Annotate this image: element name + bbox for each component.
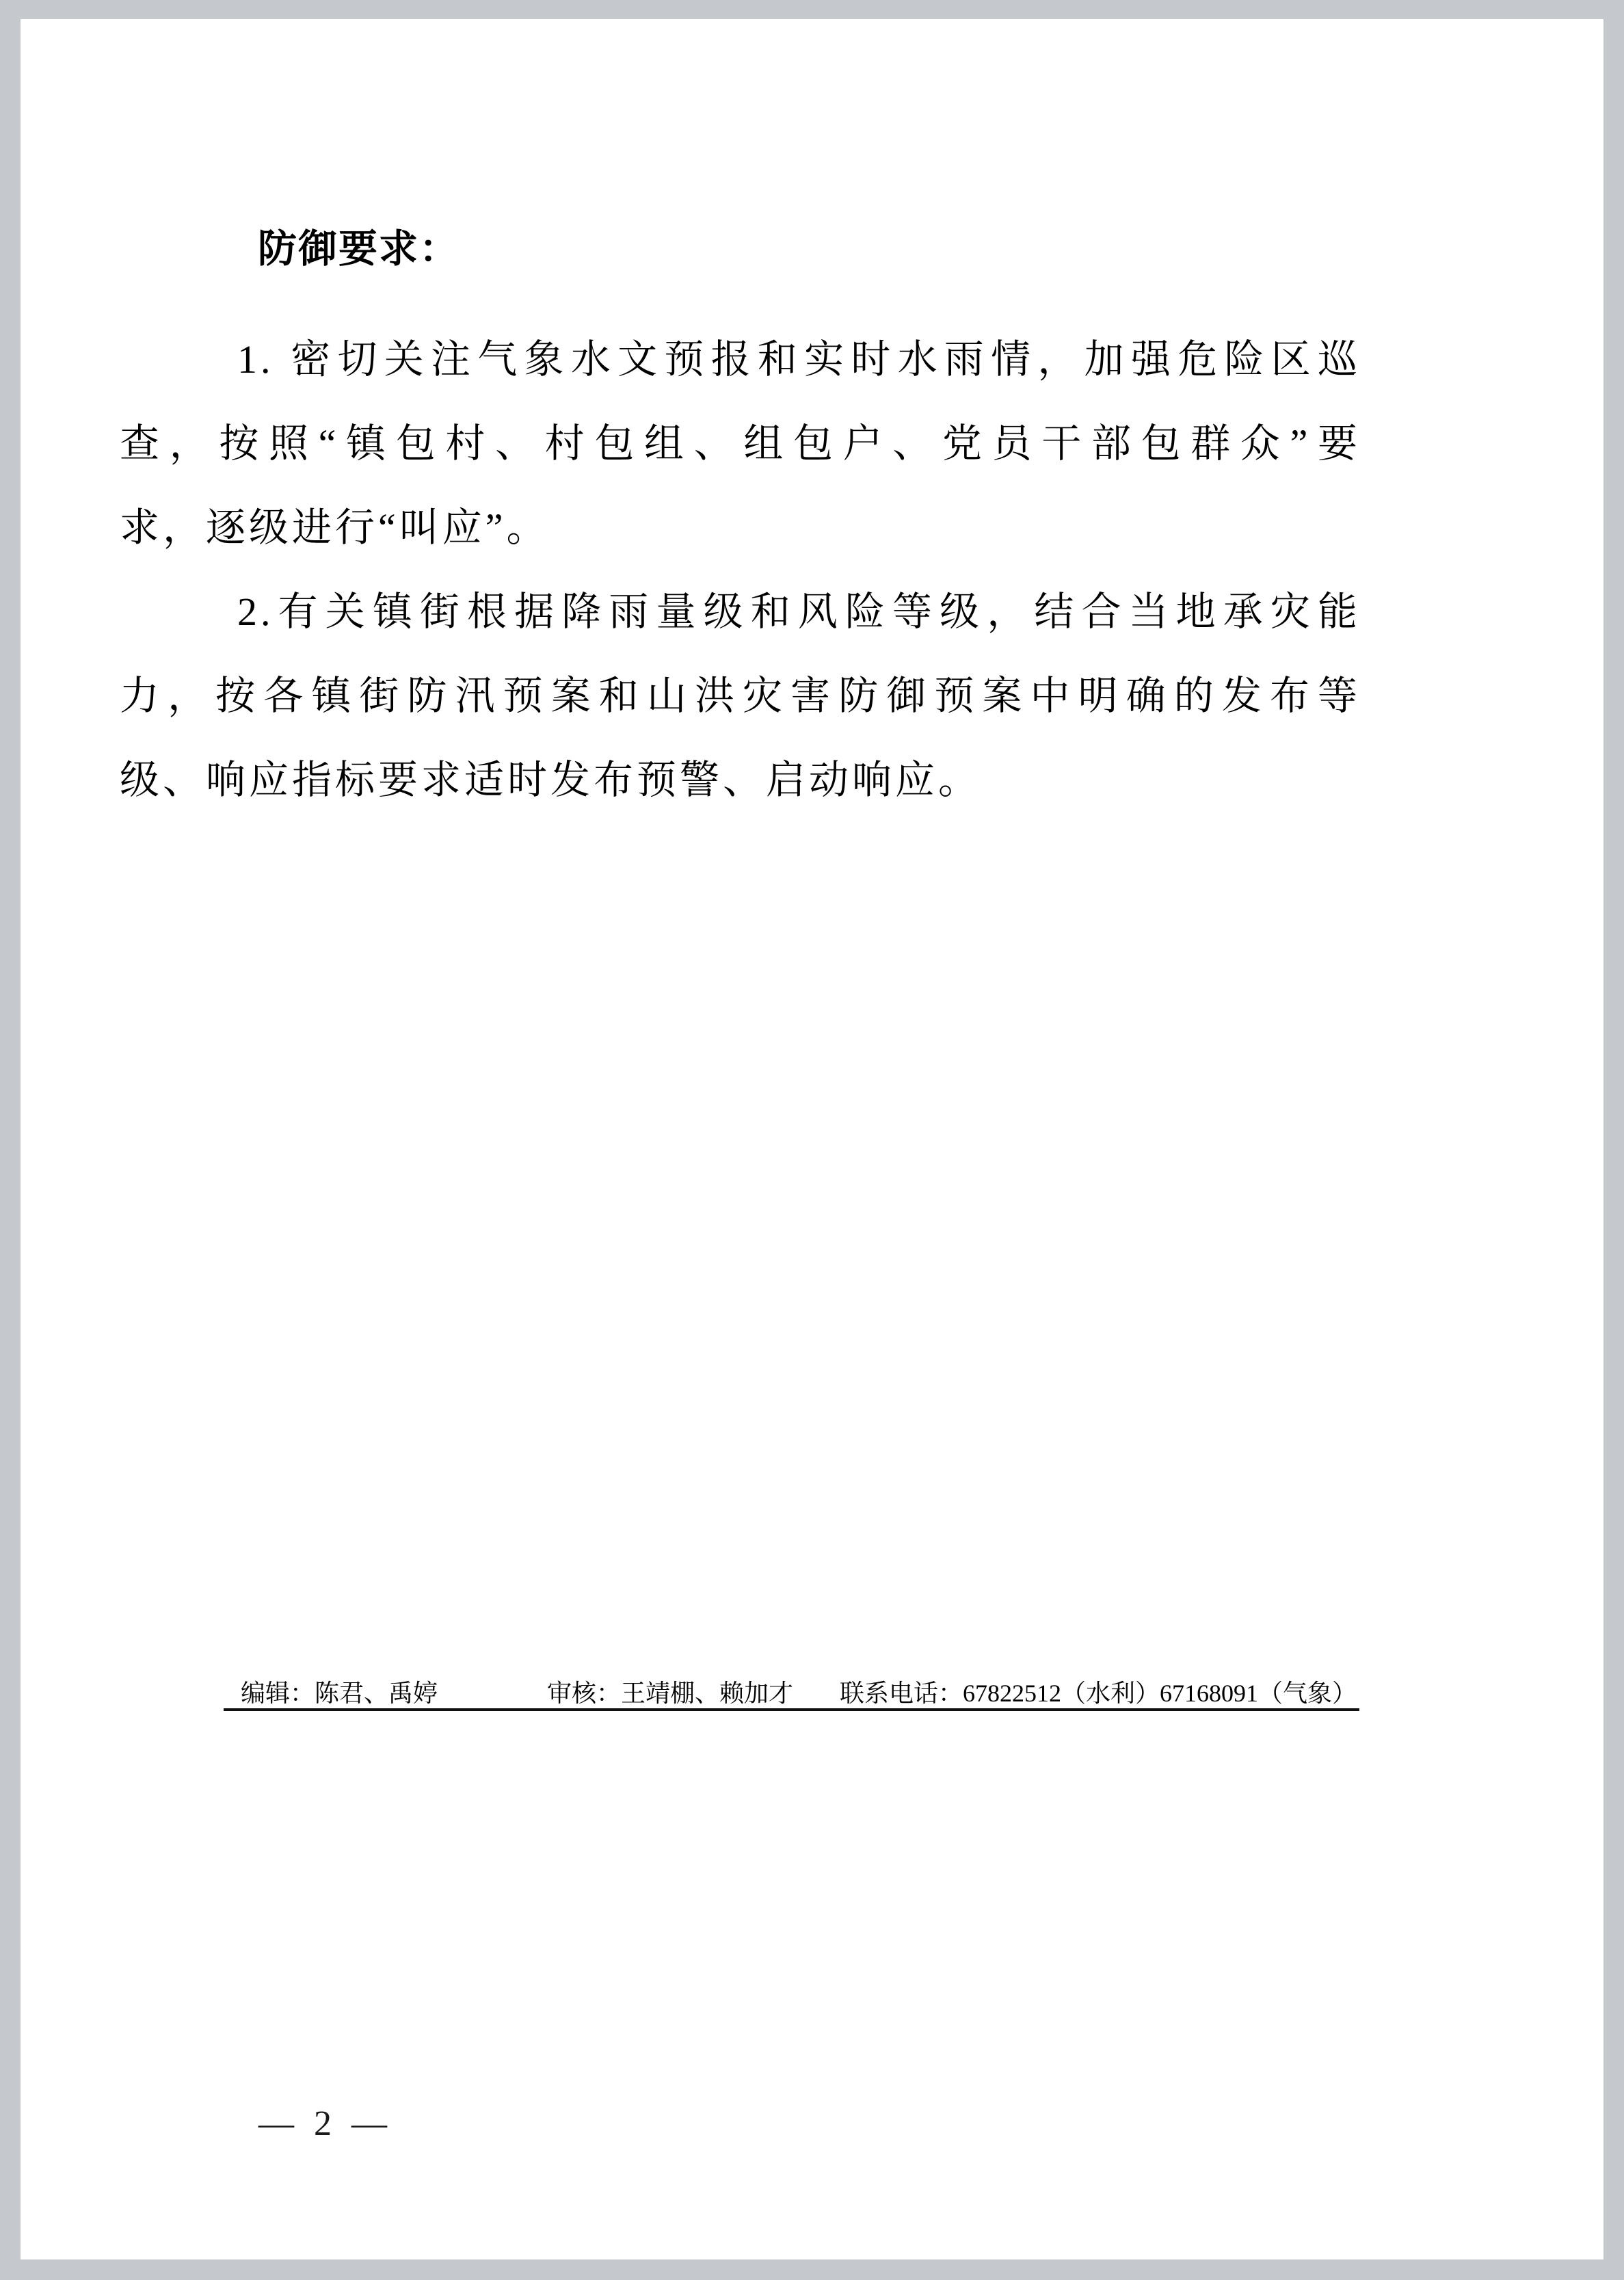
body-text-block: 1. 密切关注气象水文预报和实时水雨情，加强危险区巡 查，按照“镇包村、村包组、…: [120, 317, 1361, 822]
paragraph-2-line-2: 力，按各镇街防汛预案和山洪灾害防御预案中明确的发布等: [120, 654, 1361, 738]
viewer-background: { "page": { "background": "#ffffff", "su…: [0, 0, 1624, 2280]
section-heading: 防御要求：: [258, 226, 460, 271]
paragraph-1: 1. 密切关注气象水文预报和实时水雨情，加强危险区巡 查，按照“镇包村、村包组、…: [120, 317, 1361, 570]
footer-reviewer: 审核：王靖棚、赖加才: [547, 1680, 793, 1707]
paragraph-1-line-2: 查，按照“镇包村、村包组、组包户、党员干部包群众”要: [120, 401, 1361, 486]
paragraph-2: 2.有关镇街根据降雨量级和风险等级，结合当地承灾能 力，按各镇街防汛预案和山洪灾…: [120, 570, 1361, 822]
paragraph-1-line-3: 求，逐级进行“叫应”。: [120, 486, 1361, 570]
footer-contact-phone: 联系电话：67822512（水利）67168091（气象）: [840, 1680, 1357, 1707]
paragraph-2-line-1: 2.有关镇街根据降雨量级和风险等级，结合当地承灾能: [120, 570, 1361, 654]
document-page: 防御要求： 1. 密切关注气象水文预报和实时水雨情，加强危险区巡 查，按照“镇包…: [21, 19, 1603, 2259]
page-number: — 2 —: [258, 2104, 392, 2145]
footer-info-bar: 编辑：陈君、禹婷 审核：王靖棚、赖加才 联系电话：67822512（水利）671…: [224, 1674, 1359, 1711]
paragraph-1-line-1: 1. 密切关注气象水文预报和实时水雨情，加强危险区巡: [120, 317, 1361, 401]
footer-editor: 编辑：陈君、禹婷: [241, 1680, 438, 1707]
paragraph-2-line-3: 级、响应指标要求适时发布预警、启动响应。: [120, 738, 1361, 822]
